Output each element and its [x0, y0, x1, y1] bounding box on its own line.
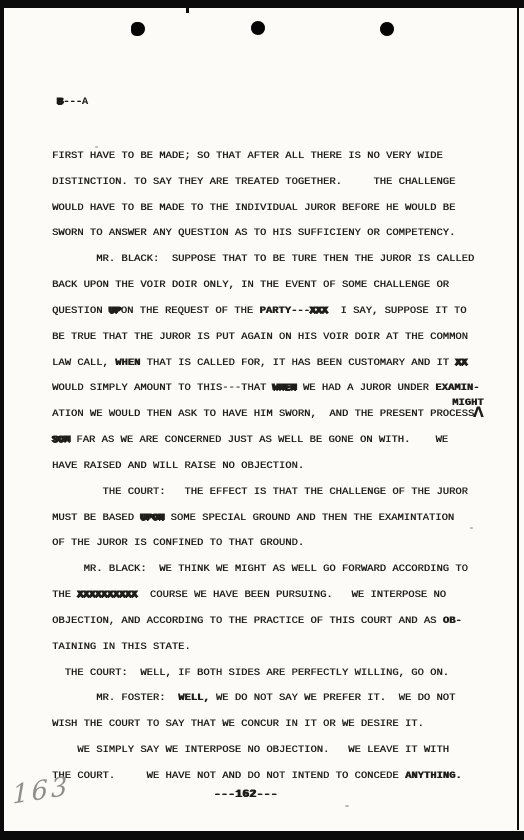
text-segment: WE SIMPLY SAY WE INTERPOSE NO OBJECTION.…	[52, 744, 449, 756]
text-segment: WE DO NOT SAY WE PREFER IT. WE DO NOT	[210, 692, 456, 704]
text-segment: ATION WE WOULD THEN ASK TO HAVE HIM SWOR…	[52, 408, 474, 420]
transcript-line: QUESTION UPON THE REQUEST OF THE PARTY--…	[52, 299, 512, 325]
transcript-line: MR. FOSTER: WELL, WE DO NOT SAY WE PREFE…	[52, 686, 512, 712]
text-segment: HAVE RAISED AND WILL RAISE NO OBJECTION.	[52, 460, 304, 472]
text-segment: SOME SPECIAL GROUND AND THEN THE EXAMINT…	[164, 512, 454, 524]
transcript-line: THE COURT. WE HAVE NOT AND DO NOT INTEND…	[52, 764, 512, 790]
transcript-line: WISH THE COURT TO SAY THAT WE CONCUR IN …	[52, 712, 512, 738]
transcript-line: TAINING IN THIS STATE.	[52, 635, 512, 661]
text-segment: BE TRUE THAT THE JUROR IS PUT AGAIN ON H…	[52, 331, 468, 343]
transcript-line: WOULD SIMPLY AMOUNT TO THIS---THAT WHEN …	[52, 376, 512, 402]
scan-border-top	[0, 0, 524, 8]
text-segment: BACK UPON THE VOIR DOIR ONLY, IN THE EVE…	[52, 279, 449, 291]
transcript-line: WE SIMPLY SAY WE INTERPOSE NO OBJECTION.…	[52, 738, 512, 764]
text-segment: LAW CALL,	[52, 357, 115, 369]
text-segment: THAT IS CALLED FOR, IT HAS BEEN CUSTOMAR…	[140, 357, 455, 369]
transcript-line: SWORN TO ANSWER ANY QUESTION AS TO HIS S…	[52, 221, 512, 247]
text-segment: MR. BLACK: SUPPOSE THAT TO BE TURE THEN …	[52, 253, 474, 265]
scan-border-left	[0, 0, 4, 840]
punch-hole-icon	[131, 22, 145, 36]
scan-border-right	[517, 6, 519, 830]
text-segment: A	[82, 96, 88, 108]
text-segment: FAR AS WE ARE CONCERNED JUST AS WELL BE …	[70, 434, 448, 446]
transcript-line: SOM FAR AS WE ARE CONCERNED JUST AS WELL…	[52, 428, 512, 454]
transcript-line: MUST BE BASED UPON SOME SPECIAL GROUND A…	[52, 506, 512, 532]
struck-text: XXXXXXXXXX	[77, 589, 137, 601]
text-segment: THE COURT. WE HAVE NOT AND DO NOT INTEND…	[52, 770, 405, 782]
transcript-line: THE COURT: WELL, IF BOTH SIDES ARE PERFE…	[52, 661, 512, 687]
text-segment: EXAMIN-	[435, 382, 479, 394]
text-segment: DISTINCTION. TO SAY THEY ARE TREATED TOG…	[52, 176, 455, 188]
struck-text: WHEN	[273, 382, 297, 394]
transcript-line: LAW CALL, WHEN THAT IS CALLED FOR, IT HA…	[52, 351, 512, 377]
transcript: FIRST HAVE TO BE MADE; SO THAT AFTER ALL…	[52, 144, 512, 790]
text-segment: OBJECTION, AND ACCORDING TO THE PRACTICE…	[52, 615, 443, 627]
text-segment: WE HAD A JUROR UNDER	[297, 382, 436, 394]
transcript-line: BACK UPON THE VOIR DOIR ONLY, IN THE EVE…	[52, 273, 512, 299]
transcript-line: DISTINCTION. TO SAY THEY ARE TREATED TOG…	[52, 170, 512, 196]
text-segment: OF THE JUROR IS CONFINED TO THAT GROUND.	[52, 537, 304, 549]
text-segment: MR. FOSTER:	[52, 692, 178, 704]
transcript-line: BE TRUE THAT THE JUROR IS PUT AGAIN ON H…	[52, 325, 512, 351]
transcript-line: MR. BLACK: WE THINK WE MIGHT AS WELL GO …	[52, 557, 512, 583]
struck-text: XX	[455, 357, 467, 369]
struck-text: UPON	[140, 512, 164, 524]
transcript-line: WOULD HAVE TO BE MADE TO THE INDIVIDUAL …	[52, 196, 512, 222]
page-number: ---162---	[0, 789, 508, 801]
scan-border-bottom	[0, 831, 524, 840]
scan-speck	[470, 527, 473, 529]
text-segment: ANYTHING.	[405, 770, 462, 782]
transcript-line: FIRST HAVE TO BE MADE; SO THAT AFTER ALL…	[52, 144, 512, 170]
scanned-page: B---A FIRST HAVE TO BE MADE; SO THAT AFT…	[0, 0, 524, 840]
scan-artifact	[186, 8, 189, 13]
struck-text: UP	[109, 305, 121, 317]
text-segment: QUESTION	[52, 305, 109, 317]
text-segment: WISH THE COURT TO SAY THAT WE CONCUR IN …	[52, 718, 424, 730]
text-segment: PARTY---	[259, 305, 309, 317]
text-segment: THE COURT: THE EFFECT IS THAT THE CHALLE…	[52, 486, 468, 498]
text-segment: THE COURT: WELL, IF BOTH SIDES ARE PERFE…	[52, 667, 449, 679]
scan-speck	[95, 146, 98, 148]
text-segment: WELL,	[178, 692, 210, 704]
transcript-line: MR. BLACK: SUPPOSE THAT TO BE TURE THEN …	[52, 247, 512, 273]
text-segment: I SAY, SUPPOSE IT TO	[328, 305, 467, 317]
punch-hole-icon	[251, 21, 265, 35]
scan-speck	[345, 805, 349, 807]
transcript-line: OBJECTION, AND ACCORDING TO THE PRACTICE…	[52, 609, 512, 635]
text-segment: WOULD HAVE TO BE MADE TO THE INDIVIDUAL …	[52, 202, 455, 214]
struck-text: SOM	[52, 434, 70, 446]
transcript-line: ATION WE WOULD THEN ASK TO HAVE HIM SWOR…	[52, 402, 512, 428]
text-segment: COURSE WE HAVE BEEN PURSUING. WE INTERPO…	[137, 589, 446, 601]
punch-hole-icon	[380, 22, 394, 36]
text-segment: OB-	[443, 615, 462, 627]
text-segment: SWORN TO ANSWER ANY QUESTION AS TO HIS S…	[52, 227, 455, 239]
header-mark: B---A	[57, 96, 88, 108]
text-segment: WOULD SIMPLY AMOUNT TO THIS---THAT	[52, 382, 273, 394]
text-segment: MUST BE BASED	[52, 512, 140, 524]
text-segment: ---	[63, 96, 82, 108]
text-segment: FIRST HAVE TO BE MADE; SO THAT AFTER ALL…	[52, 150, 443, 162]
text-segment: ON THE REQUEST OF THE	[121, 305, 260, 317]
insertion-caret-icon: Λ	[473, 405, 484, 421]
transcript-line: OF THE JUROR IS CONFINED TO THAT GROUND.	[52, 531, 512, 557]
transcript-line: THE COURT: THE EFFECT IS THAT THE CHALLE…	[52, 480, 512, 506]
transcript-line: THE XXXXXXXXXX COURSE WE HAVE BEEN PURSU…	[52, 583, 512, 609]
handwritten-page-number: 163	[12, 771, 70, 810]
transcript-line: HAVE RAISED AND WILL RAISE NO OBJECTION.	[52, 454, 512, 480]
text-segment: WHEN	[115, 357, 140, 369]
text-segment: TAINING IN THIS STATE.	[52, 641, 191, 653]
struck-text: XXX	[310, 305, 328, 317]
text-segment: THE	[52, 589, 77, 601]
text-segment: MR. BLACK: WE THINK WE MIGHT AS WELL GO …	[52, 563, 468, 575]
